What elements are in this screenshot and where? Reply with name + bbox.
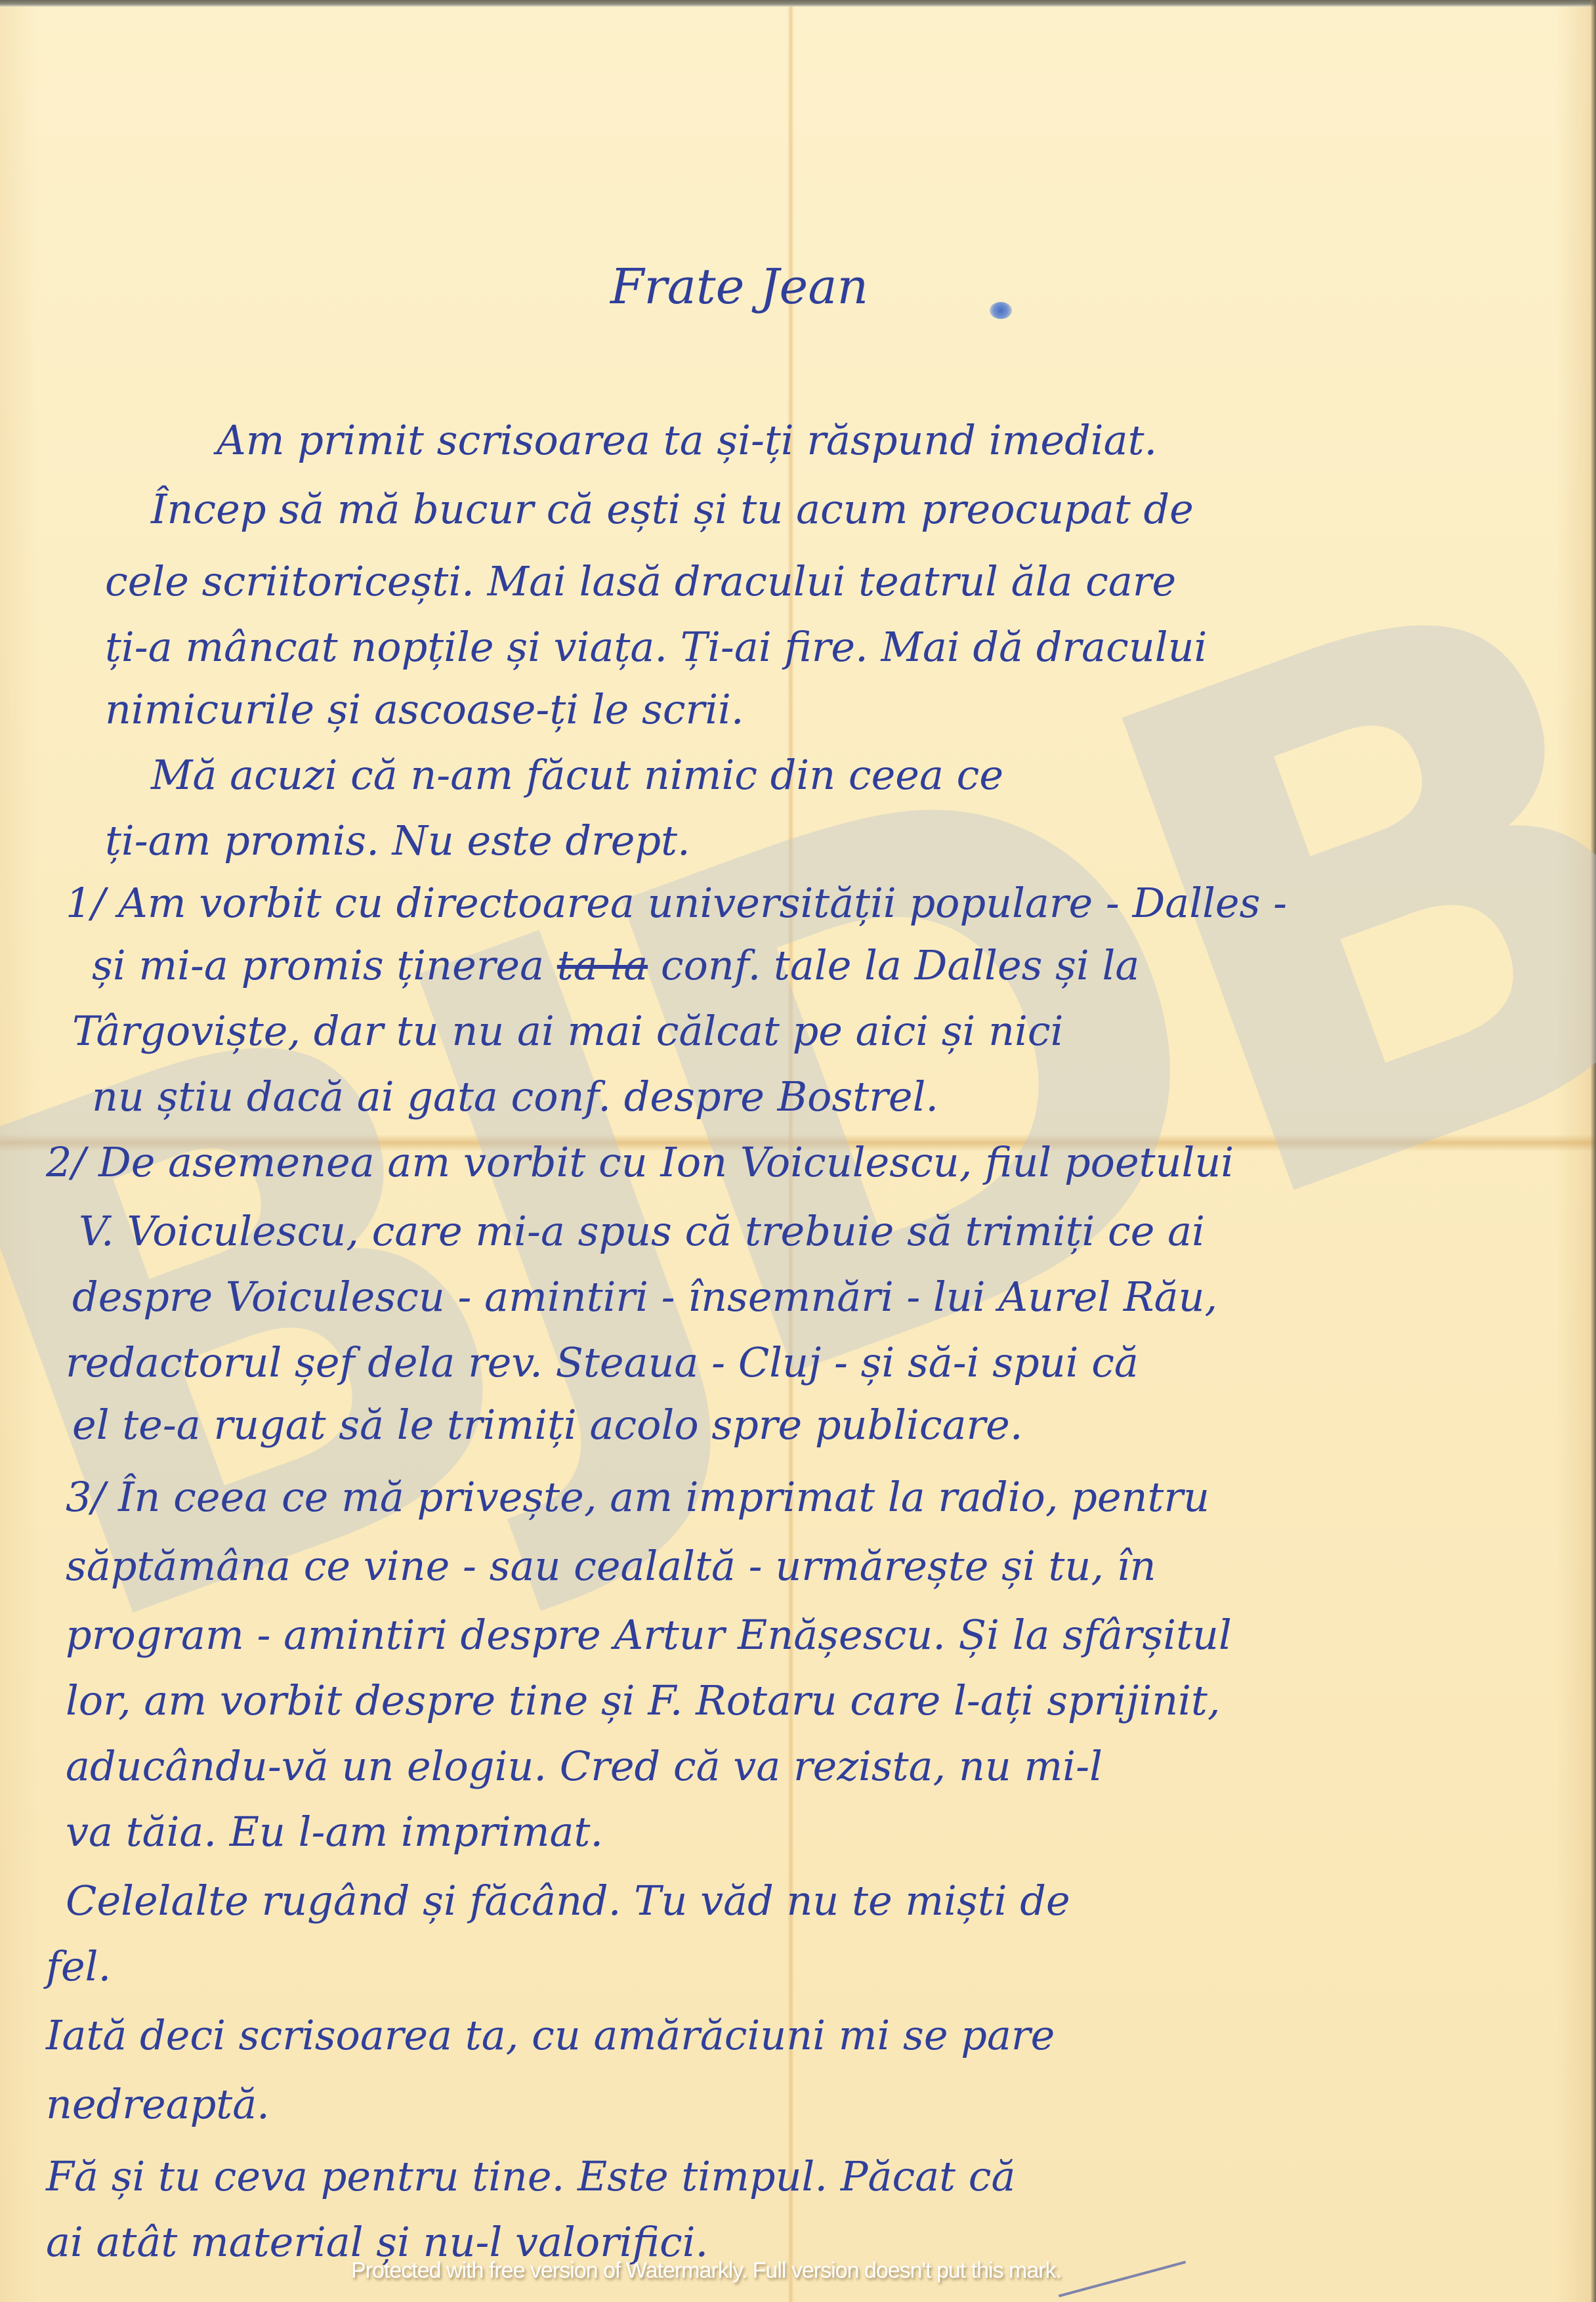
- letter-line: lor, am vorbit despre tine și F. Rotaru …: [66, 1680, 1221, 1721]
- letter-line: Mă acuzi că n-am făcut nimic din ceea ce: [151, 755, 1003, 796]
- letter-line: săptămâna ce vine - sau cealaltă - urmăr…: [66, 1546, 1156, 1587]
- letter-line: redactorul șef dela rev. Steaua - Cluj -…: [66, 1342, 1139, 1383]
- letter-line: nu știu dacă ai gata conf. despre Bostre…: [92, 1076, 938, 1117]
- letter-line: program - amintiri despre Artur Enășescu…: [66, 1615, 1232, 1655]
- scan-right-edge: [1591, 0, 1596, 2302]
- letter-line: nimicurile și ascoase-ți le scrii.: [105, 689, 744, 730]
- letter-line: ți-am promis. Nu este drept.: [105, 821, 690, 861]
- ink-blot: [990, 302, 1012, 319]
- letter-line: 3/ În ceea ce mă privește, am imprimat l…: [66, 1477, 1209, 1518]
- letter-line: Încep să mă bucur că ești și tu acum pre…: [151, 489, 1194, 530]
- letter-line: Fă și tu ceva pentru tine. Este timpul. …: [46, 2156, 1015, 2197]
- letter-line: V. Voiculescu, care mi-a spus că trebuie…: [79, 1211, 1205, 1252]
- letter-line: 1/ Am vorbit cu directoarea universități…: [66, 883, 1287, 924]
- letter-greeting: Frate Jean: [610, 263, 868, 311]
- letter-line: aducându-vă un elogiu. Cred că va rezist…: [66, 1746, 1102, 1787]
- letter-line: Târgoviște, dar tu nu ai mai călcat pe a…: [72, 1011, 1063, 1052]
- letter-line: nedreaptă.: [46, 2084, 270, 2125]
- letter-line: cele scriitoricești. Mai lasă dracului t…: [105, 561, 1176, 602]
- letter-line: Iată deci scrisoarea ta, cu amărăciuni m…: [46, 2015, 1055, 2056]
- scan-top-edge: [0, 0, 1596, 7]
- letter-line: fel.: [46, 1946, 111, 1987]
- letter-line: Celelalte rugând și făcând. Tu văd nu te…: [66, 1881, 1070, 1921]
- struck-out-text: ta la: [557, 941, 648, 989]
- letter-line: și mi-a promis ținerea ta la conf. tale …: [92, 945, 1139, 986]
- letter-line: 2/ De asemenea am vorbit cu Ion Voicules…: [46, 1142, 1234, 1183]
- letter-line: despre Voiculescu - amintiri - însemnări…: [72, 1277, 1217, 1317]
- letter-line: el te-a rugat să le trimiți acolo spre p…: [72, 1405, 1023, 1445]
- watermarkly-footer: Protected with free version of Watermark…: [351, 2258, 1061, 2284]
- letter-line: va tăia. Eu l-am imprimat.: [66, 1812, 603, 1852]
- letter-line: Am primit scrisoarea ta și-ți răspund im…: [217, 420, 1157, 461]
- letter-line: ți-a mâncat nopțile și viața. Ți-ai fire…: [105, 627, 1207, 668]
- letter-line: ai atât material și nu-l valorifici.: [46, 2222, 708, 2263]
